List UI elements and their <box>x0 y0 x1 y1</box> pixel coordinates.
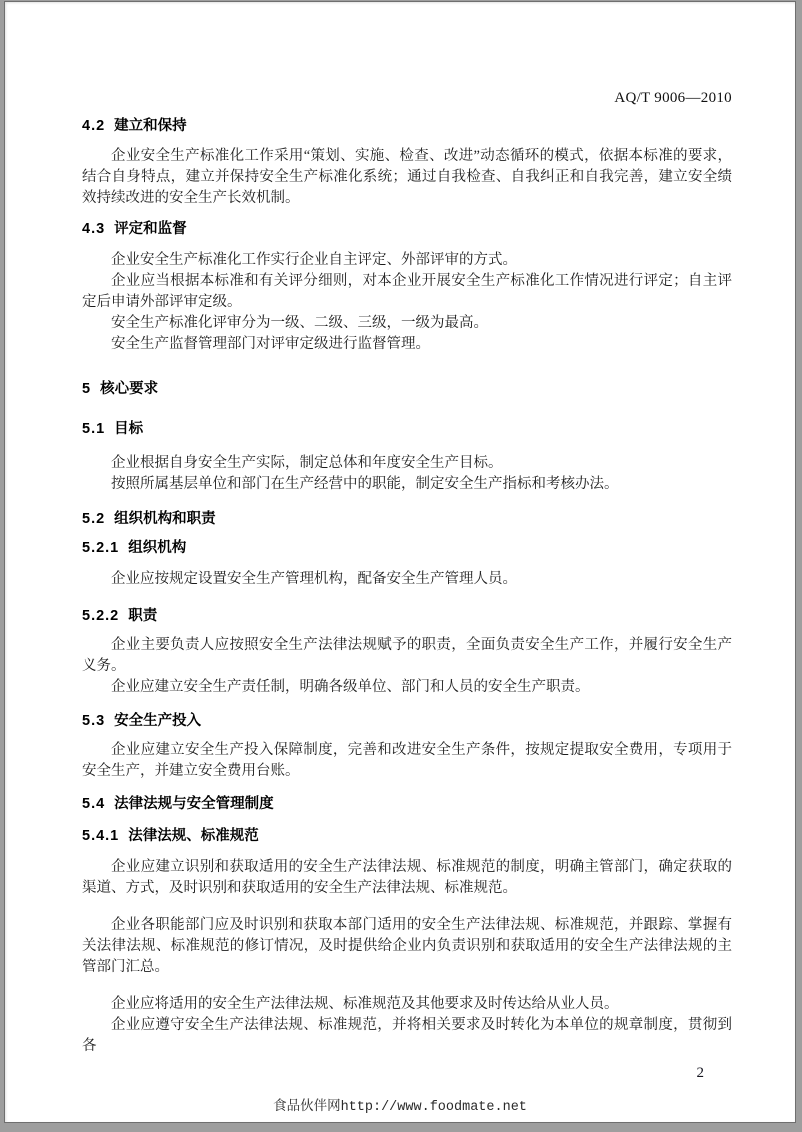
clause-title: 目标 <box>114 421 143 437</box>
paragraph: 企业应遵守安全生产法律法规、标准规范，并将相关要求及时转化为本单位的规章制度，贯… <box>82 1015 732 1057</box>
paragraph: 企业应建立安全生产责任制，明确各级单位、部门和人员的安全生产职责。 <box>82 677 732 698</box>
page-number: 2 <box>82 1063 732 1083</box>
document-page: AQ/T 9006—2010 4.2建立和保持 企业安全生产标准化工作采用“策划… <box>4 1 796 1123</box>
section-heading-5-2-2: 5.2.2职责 <box>82 607 732 626</box>
section-heading-5-3: 5.3安全生产投入 <box>82 712 732 731</box>
document-viewer-canvas: { "colors": { "canvas": "#9e9e9e", "pape… <box>0 0 802 1132</box>
section-heading-5-2: 5.2组织机构和职责 <box>82 510 732 529</box>
clause-number: 5.2 <box>82 511 105 527</box>
clause-title: 评定和监督 <box>114 221 187 237</box>
paragraph: 企业主要负责人应按照安全生产法律法规赋予的职责，全面负责安全生产工作，并履行安全… <box>82 635 732 677</box>
paragraph: 安全生产监督管理部门对评审定级进行监督管理。 <box>82 334 732 355</box>
section-heading-5-1: 5.1目标 <box>82 420 732 439</box>
paragraph: 企业应建立安全生产投入保障制度，完善和改进安全生产条件，按规定提取安全费用，专项… <box>82 740 732 782</box>
clause-title: 核心要求 <box>100 381 158 397</box>
section-heading-4-2: 4.2建立和保持 <box>82 117 732 136</box>
paragraph: 企业各职能部门应及时识别和获取本部门适用的安全生产法律法规、标准规范，并跟踪、掌… <box>82 915 732 978</box>
clause-number: 4.3 <box>82 221 105 237</box>
clause-number: 5.1 <box>82 421 105 437</box>
paragraph: 企业安全生产标准化工作实行企业自主评定、外部评审的方式。 <box>82 250 732 271</box>
clause-number: 5 <box>82 381 91 397</box>
chapter-heading-5: 5核心要求 <box>82 380 732 399</box>
paragraph: 企业应当根据本标准和有关评分细则，对本企业开展安全生产标准化工作情况进行评定；自… <box>82 271 732 313</box>
clause-title: 组织机构和职责 <box>114 511 216 527</box>
standard-number-header: AQ/T 9006—2010 <box>82 88 732 108</box>
clause-number: 5.4.1 <box>82 828 119 844</box>
section-heading-5-4-1: 5.4.1法律法规、标准规范 <box>82 827 732 846</box>
section-heading-5-2-1: 5.2.1组织机构 <box>82 539 732 558</box>
section-heading-4-3: 4.3评定和监督 <box>82 220 732 239</box>
clause-title: 安全生产投入 <box>114 713 201 729</box>
section-heading-5-4: 5.4法律法规与安全管理制度 <box>82 795 732 814</box>
clause-number: 5.2.2 <box>82 608 119 624</box>
clause-number: 5.2.1 <box>82 540 119 556</box>
page-content: AQ/T 9006—2010 4.2建立和保持 企业安全生产标准化工作采用“策划… <box>5 2 795 1122</box>
paragraph: 企业应将适用的安全生产法律法规、标准规范及其他要求及时传达给从业人员。 <box>82 994 732 1015</box>
clause-title: 建立和保持 <box>114 118 187 134</box>
clause-title: 职责 <box>128 608 157 624</box>
paragraph: 按照所属基层单位和部门在生产经营中的职能，制定安全生产指标和考核办法。 <box>82 474 732 495</box>
paragraph: 企业应按规定设置安全生产管理机构，配备安全生产管理人员。 <box>82 569 732 590</box>
clause-number: 5.4 <box>82 796 105 812</box>
clause-number: 4.2 <box>82 118 105 134</box>
paragraph: 企业安全生产标准化工作采用“策划、实施、检查、改进”动态循环的模式，依据本标准的… <box>82 146 732 209</box>
paragraph: 企业根据自身安全生产实际，制定总体和年度安全生产目标。 <box>82 453 732 474</box>
footer-watermark: 食品伙伴网http://www.foodmate.net <box>5 1094 795 1115</box>
clause-number: 5.3 <box>82 713 105 729</box>
clause-title: 法律法规、标准规范 <box>128 828 259 844</box>
paragraph: 企业应建立识别和获取适用的安全生产法律法规、标准规范的制度，明确主管部门，确定获… <box>82 857 732 899</box>
clause-title: 法律法规与安全管理制度 <box>114 796 274 812</box>
clause-title: 组织机构 <box>128 540 186 556</box>
paragraph: 安全生产标准化评审分为一级、二级、三级，一级为最高。 <box>82 313 732 334</box>
